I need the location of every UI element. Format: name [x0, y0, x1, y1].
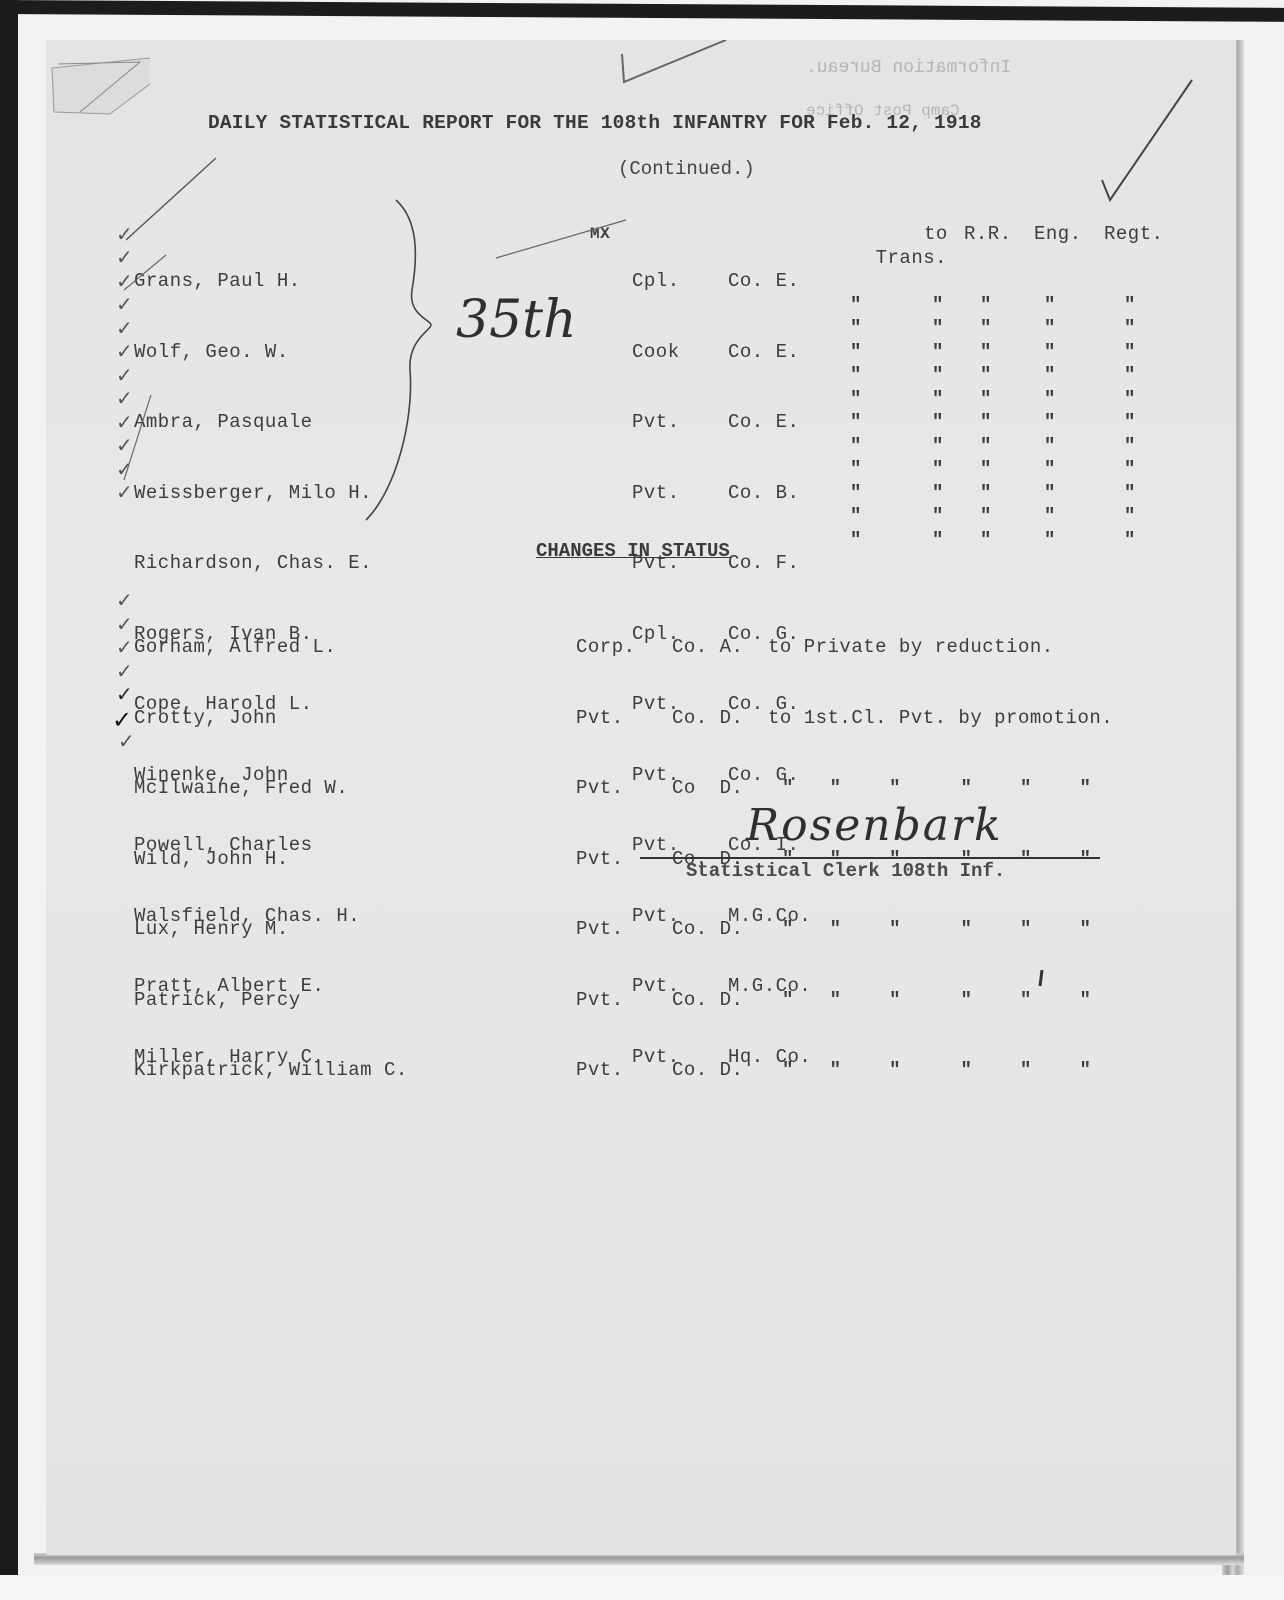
transfer-rank: Pvt.: [632, 411, 680, 435]
ditto-mark: ": [928, 435, 948, 459]
transfer-rank: Pvt.: [632, 482, 680, 506]
transfer-name: Wolf, Geo. W.: [134, 341, 372, 365]
ditto-mark: ": [1040, 341, 1060, 365]
ditto-column-eng: """"""""""": [1040, 247, 1088, 600]
ditto-mark: ": [1120, 529, 1140, 553]
check-mark-icon: ✓: [116, 457, 133, 481]
report-title: DAILY STATISTICAL REPORT FOR THE 108th I…: [208, 112, 982, 134]
ditto-mark: ": [976, 458, 996, 482]
transfer-company: Co. F.: [728, 552, 811, 576]
handwritten-annotation: 35th: [456, 290, 577, 350]
ditto-mark: ": [928, 482, 948, 506]
check-mark-icon: ✓: [116, 269, 133, 293]
ditto-mark: ": [846, 364, 866, 388]
ditto-column-to: """"""""""": [928, 247, 976, 600]
transfer-company: Co. E.: [728, 341, 811, 365]
dest-eng: Eng.: [1034, 223, 1082, 247]
ditto-mark: ": [846, 505, 866, 529]
folded-corner-icon: [50, 54, 150, 116]
ditto-mark: ": [1040, 411, 1060, 435]
ditto-mark: ": [928, 341, 948, 365]
ditto-mark: ": [976, 341, 996, 365]
status-change: " " " " " ": [768, 777, 1113, 801]
status-rank: Corp.: [576, 636, 636, 660]
ditto-mark: ": [846, 529, 866, 553]
ditto-mark: ": [976, 388, 996, 412]
ditto-column-trans: """"""""""": [846, 247, 894, 600]
check-mark-icon: ✓: [116, 292, 133, 316]
ditto-mark: ": [1040, 505, 1060, 529]
ditto-mark: ": [1120, 364, 1140, 388]
ditto-mark: ": [846, 482, 866, 506]
ditto-mark: ": [1120, 411, 1140, 435]
ditto-mark: ": [976, 505, 996, 529]
ditto-mark: ": [976, 435, 996, 459]
ditto-mark: ": [1120, 505, 1140, 529]
scan-border: [0, 0, 18, 1600]
struck-prefix: MX: [590, 223, 610, 247]
status-change: to 1st.Cl. Pvt. by promotion.: [768, 707, 1113, 731]
ditto-mark: ": [1040, 364, 1060, 388]
ditto-mark: ": [1040, 388, 1060, 412]
section-heading-changes: CHANGES IN STATUS: [536, 540, 730, 562]
ditto-mark: ": [928, 388, 948, 412]
check-mark-icon: ✓: [116, 682, 133, 706]
status-name: Gorham, Alfred L.: [134, 636, 408, 660]
check-mark-icon: ✓: [116, 222, 133, 246]
transfer-rank: Cook: [632, 341, 680, 365]
ditto-mark: ": [928, 364, 948, 388]
status-rank: Pvt.: [576, 707, 636, 731]
check-mark-icon: ✓: [116, 612, 133, 636]
check-mark-icon: ✓: [116, 316, 133, 340]
ditto-mark: ": [976, 482, 996, 506]
transfer-name: Grans, Paul H.: [134, 270, 372, 294]
ditto-column-regt: """"""""""": [1120, 247, 1168, 600]
dest-to: to: [924, 223, 948, 247]
ditto-mark: ": [1040, 317, 1060, 341]
ditto-mark: ": [846, 411, 866, 435]
ditto-mark: ": [1120, 435, 1140, 459]
ditto-mark: ": [976, 411, 996, 435]
ditto-mark: ": [846, 317, 866, 341]
check-mark-icon: ✓: [116, 363, 133, 387]
ditto-mark: ": [928, 458, 948, 482]
status-change: to Private by reduction.: [768, 636, 1113, 660]
ditto-mark: ": [928, 294, 948, 318]
check-mark-icon: ✓: [118, 729, 135, 753]
check-mark-icon: ✓: [116, 386, 133, 410]
dest-rr: R.R.: [964, 223, 1012, 247]
ditto-mark: ": [976, 364, 996, 388]
check-mark-icon: ✓: [116, 659, 133, 683]
ditto-mark: ": [1040, 435, 1060, 459]
check-mark-icon: ✓: [116, 245, 133, 269]
transfer-company: Co. B.: [728, 482, 811, 506]
ditto-mark: ": [846, 341, 866, 365]
scan-border-top: [0, 0, 1284, 22]
ditto-mark: ": [1040, 458, 1060, 482]
bleedthrough-text: [126, 800, 1126, 1360]
ditto-mark: ": [1040, 294, 1060, 318]
status-company: Co D.: [672, 777, 743, 801]
check-mark-icon: ✓: [116, 433, 133, 457]
transfer-company: Co. E.: [728, 411, 811, 435]
ditto-mark: ": [846, 388, 866, 412]
transfer-name: Richardson, Chas. E.: [134, 552, 372, 576]
check-mark-icon: ✓: [116, 480, 133, 504]
transfer-name: Ambra, Pasquale: [134, 411, 372, 435]
status-name: Crotty, John: [134, 707, 408, 731]
ditto-mark: ": [846, 294, 866, 318]
check-mark-icon: ✓: [116, 588, 133, 612]
ditto-mark: ": [928, 411, 948, 435]
ditto-mark: ": [928, 529, 948, 553]
ditto-mark: ": [928, 317, 948, 341]
document-page: Information Bureau. Camp Post Office DAI…: [46, 40, 1236, 1555]
ditto-mark: ": [976, 529, 996, 553]
transfer-company: Co. E.: [728, 270, 811, 294]
ditto-mark: ": [846, 435, 866, 459]
status-rank: Pvt.: [576, 777, 636, 801]
bleedthrough-stamp-line1: Information Bureau.: [806, 58, 1011, 78]
ditto-mark: ": [1120, 317, 1140, 341]
ditto-mark: ": [846, 458, 866, 482]
status-company: Co. A.: [672, 636, 743, 660]
ditto-mark: ": [976, 317, 996, 341]
transfer-name: Weissberger, Milo H.: [134, 482, 372, 506]
ditto-mark: ": [1040, 529, 1060, 553]
ditto-mark: ": [928, 505, 948, 529]
status-company: Co. D.: [672, 707, 743, 731]
check-mark-icon: ✓: [116, 635, 133, 659]
ditto-mark: ": [1040, 482, 1060, 506]
report-subtitle: (Continued.): [618, 158, 755, 180]
ditto-mark: ": [1120, 458, 1140, 482]
ditto-mark: ": [1120, 388, 1140, 412]
check-mark-icon: ✓: [116, 410, 133, 434]
ditto-column-rr: """"""""""": [976, 247, 1024, 600]
ditto-mark: ": [1120, 294, 1140, 318]
ditto-mark: ": [1120, 482, 1140, 506]
ditto-mark: ": [1120, 341, 1140, 365]
status-name: McIlwaine, Fred W.: [134, 777, 408, 801]
dest-regt: Regt.: [1104, 223, 1164, 247]
check-mark-icon: ✓: [116, 339, 133, 363]
scan-margin: [0, 1575, 1284, 1600]
transfer-rank: Cpl.: [632, 270, 680, 294]
ditto-mark: ": [976, 294, 996, 318]
